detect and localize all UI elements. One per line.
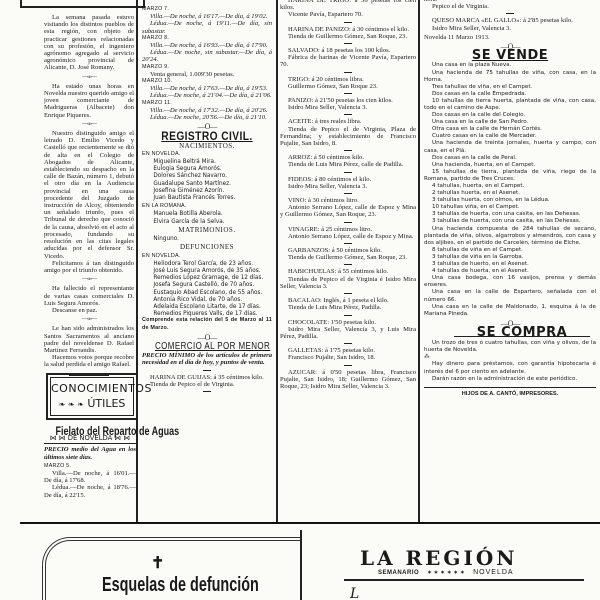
list-item: Una casa en la plaza Nueva. bbox=[424, 62, 596, 69]
item-rule bbox=[344, 343, 352, 344]
place-label: EN NOVELDA. bbox=[142, 151, 272, 158]
water-price-entry: MARZO 11. Villa.—De noche, á 17'32.—De d… bbox=[142, 100, 272, 122]
water-price-entry: MARZO 8. Villa.—De noche, á 16'93.—De dí… bbox=[142, 35, 272, 64]
price-item: HARINA DE TRIGO: á 36 pesetas los cien k… bbox=[280, 0, 416, 19]
list-item: Josefa Segura Castelló, de 70 años. bbox=[142, 281, 266, 288]
conocimientos-title: CONOCIMIENTOS bbox=[51, 382, 133, 395]
list-item: Una hacienda de treinta jornales, huerta… bbox=[424, 140, 596, 154]
item-rule bbox=[344, 172, 352, 173]
column-rule-2 bbox=[276, 0, 278, 522]
script-initial: L bbox=[350, 586, 359, 600]
fielato-date: MARZO 5. bbox=[44, 463, 136, 470]
registro-civil-title: REGISTRO CIVIL. bbox=[152, 133, 263, 140]
list-item: Una casa en la calle de Maldonado, 1, es… bbox=[424, 304, 596, 318]
price-item: TRIGO: á 20 céntimos libra. Guillermo Gó… bbox=[280, 76, 416, 90]
item-rule bbox=[506, 13, 514, 14]
se-compra-text: Un trozo de tres ó cuatro tahullas, con … bbox=[424, 340, 596, 354]
se-compra-title: SE COMPRA bbox=[454, 329, 590, 337]
bottom-section-rule bbox=[20, 522, 600, 524]
list-item: Heliodora Terol García, de 23 años. bbox=[142, 260, 266, 267]
product-place: Tienda de Pepico el de Virginia. bbox=[142, 381, 272, 388]
defunciones-heading: DEFUNCIONES bbox=[142, 244, 272, 251]
column-rule-3 bbox=[418, 0, 420, 522]
list-item: Antonia Rico Vidal, de 70 años. bbox=[142, 296, 266, 303]
header-box-remnant bbox=[20, 0, 145, 8]
price-item: CHOCOLATE: 1'50 pesetas kilo. Isidro Mir… bbox=[280, 319, 416, 341]
list-item: Juan Bautista Francés Torres. bbox=[142, 194, 266, 201]
list-item: Dolores Sánchez Navarro. bbox=[142, 172, 266, 179]
list-item: 3 tahullas de huerta, con una casita, en… bbox=[424, 211, 596, 218]
price-item: GARBANZOS: á 50 céntimos kilo. Tienda de… bbox=[280, 247, 416, 261]
loan-notice: Hay dinero para préstamos, con garantía … bbox=[424, 361, 596, 375]
column-registro: MARZO 7. Villa.—De noche, á 16'17.—De dí… bbox=[142, 6, 272, 395]
comercio-title: COMERCIO AL POR MENOR bbox=[155, 343, 259, 350]
fielato-villa: Villa.—De noche, á 16'01.—De día, á 17'6… bbox=[44, 470, 136, 484]
continued-place: Pepico el de Virginia. bbox=[424, 3, 596, 10]
masthead-subtitle: SEMANARIO ✶ ✶ ✶ ✶ ✶ ✶ NOVELDA bbox=[378, 569, 514, 576]
item-rule bbox=[344, 243, 352, 244]
births-novelda-list: Miguelina Beltrá Mira. Eulogia Segura Am… bbox=[142, 158, 272, 201]
queso-item: QUESO MARCA «EL GALLO»: á 2'85 pesetas k… bbox=[424, 17, 596, 24]
masthead-rule bbox=[344, 579, 584, 581]
list-item: Josefina Giménez Azorín. bbox=[142, 187, 266, 194]
fielato-ledua: Lédua.—De noche, á 18'76.—De día, á 22'1… bbox=[44, 484, 136, 498]
item-rule bbox=[344, 150, 352, 151]
list-item: Una casa bodega, con 16 vasijos, prensa … bbox=[424, 275, 596, 289]
births-romana-list: Manuela Botilla Aberola. Elvira García d… bbox=[142, 210, 272, 224]
water-price-entry: MARZO 9. Venta general, 1.009'30 pesetas… bbox=[142, 64, 272, 78]
list-item: Eustaquio Abad Escolano, de 55 años. bbox=[142, 289, 266, 296]
list-item: Cuatro casas en la calle de Mercader. bbox=[424, 133, 596, 140]
list-item: Una hacienda, huerta, en el Campet. bbox=[424, 162, 596, 169]
item-rule bbox=[344, 72, 352, 73]
news-item: Ha fallecido el representante de varias … bbox=[44, 285, 134, 307]
printer-credit: HIJOS DE A. CANTÓ, IMPRESORES. bbox=[424, 387, 596, 398]
place-label: EN LA ROMANA. bbox=[142, 203, 272, 210]
price-item: AZUCAR: á 0'50 pesetas libra, Francisco … bbox=[280, 369, 416, 391]
registro-note: Comprende esta relación del 5 de Marzo a… bbox=[142, 317, 272, 331]
list-item: 3 tahullas de viña en la Garroba. bbox=[424, 254, 596, 261]
news-item: Felicitamos á tan distinguido amigo por … bbox=[44, 260, 134, 274]
la-region-masthead: LA REGIÓN SEMANARIO ✶ ✶ ✶ ✶ ✶ ✶ NOVELDA … bbox=[300, 526, 600, 600]
list-item: Eulogia Segura Amorós. bbox=[142, 165, 266, 172]
item-rule bbox=[344, 93, 352, 94]
item-rule bbox=[344, 222, 352, 223]
column-classifieds: hora. Pepico el de Virginia. QUESO MARCA… bbox=[424, 0, 596, 398]
se-vende-list: Una casa en la plaza Nueva. Una hacienda… bbox=[424, 62, 596, 317]
item-rule bbox=[344, 365, 352, 366]
list-item: Remedios López Gramage, de 12 días. bbox=[142, 274, 266, 281]
item-rule bbox=[344, 22, 352, 23]
star-ornament-icon: ✶ ✶ ✶ ✶ ✶ ✶ bbox=[427, 570, 465, 576]
place-label: EN NOVELDA. bbox=[142, 253, 272, 260]
item-rule bbox=[344, 315, 352, 316]
section-divider: —O— bbox=[142, 334, 272, 341]
list-item: Dos casas en la calle de Peral. bbox=[424, 155, 596, 162]
list-item: Tres tahullas de viña, en el Campet. bbox=[424, 84, 596, 91]
price-item: ACEITE: á tres reales libra. Tienda de P… bbox=[280, 118, 416, 147]
price-item: FIDEOS: á 80 céntimos el kilo. Isidro Mi… bbox=[280, 176, 416, 190]
item-rule bbox=[203, 391, 211, 392]
list-item: Una hacienda de 75 tahullas de viña, con… bbox=[424, 70, 596, 84]
deaths-list: Heliodora Terol García, de 23 años. José… bbox=[142, 260, 272, 318]
info-notice: Darán razón en la administración de este… bbox=[424, 376, 596, 383]
list-item: 3 tahullas de huerta, con una casita, en… bbox=[424, 218, 596, 225]
product-line: HARINA DE GUIJAS: á 35 céntimos kilo. bbox=[142, 374, 272, 381]
ornament-separator: —«»— bbox=[44, 316, 134, 323]
list-item: Otra casa en la calle de Hernán Cortés. bbox=[424, 126, 596, 133]
item-rule bbox=[344, 43, 352, 44]
fielato-section: Fielato del Reparto de Aguas ⋈ ⋈ DE NOVE… bbox=[44, 424, 136, 499]
news-item: La semana pasada estuvo visitando los di… bbox=[44, 14, 134, 72]
item-rule bbox=[344, 293, 352, 294]
utiles-title: ❧ ❧ ❧ ÚTILES bbox=[51, 397, 133, 410]
column-rule-1 bbox=[136, 0, 138, 522]
column-prices: HARINA DE TRIGO: á 36 pesetas los cien k… bbox=[280, 0, 416, 390]
matrimonios-heading: MATRIMONIOS. bbox=[142, 227, 272, 234]
list-item: 3 tahullas de huerto, en el Asenet. bbox=[424, 261, 596, 268]
list-item: Adelaida Escolano Litarte, de 17 días. bbox=[142, 303, 266, 310]
ornament-separator: —«»— bbox=[44, 276, 134, 283]
item-rule bbox=[344, 193, 352, 194]
price-item: VINAGRE: á 25 céntimos litro. Antonio Se… bbox=[280, 226, 416, 240]
list-item: 4 tahullas, huerta, en el Campet. bbox=[424, 183, 596, 190]
list-item: 10 tahullas de tierra huerta, plantada d… bbox=[424, 98, 596, 112]
news-item: Le han sido administrados los Santos Sac… bbox=[44, 325, 134, 354]
list-item: Una hacienda compuesta de 284 tahullas d… bbox=[424, 226, 596, 247]
price-item: VINO: á 30 céntimos litro. Antonio Serra… bbox=[280, 197, 416, 219]
masthead-title: LA REGIÓN bbox=[360, 546, 518, 570]
esquelas-title: Esquelas de defunción bbox=[102, 574, 259, 597]
price-item: HABICHUELAS: á 55 céntimos kilo. Tiendas… bbox=[280, 268, 416, 290]
list-item: 10 tahullas viña, en el Campet. bbox=[424, 204, 596, 211]
news-item: Descanse en paz. bbox=[44, 307, 134, 314]
list-item: José Luis Segura Amorós, de 35 años. bbox=[142, 267, 266, 274]
item-rule bbox=[203, 370, 211, 371]
list-item: 8 tahullas de viña en el Campet. bbox=[424, 247, 596, 254]
list-item: Manuela Botilla Aberola. bbox=[142, 210, 266, 217]
matrimonios-value: Ninguno. bbox=[142, 235, 266, 242]
list-item: 15 tahullas de tierra, plantada de viña,… bbox=[424, 169, 596, 183]
item-rule bbox=[344, 114, 352, 115]
se-compra-section: Un trozo de tres ó cuatro tahullas, con … bbox=[424, 340, 596, 383]
water-price-entry: MARZO 10. Villa.—De noche, á 17'63.—De d… bbox=[142, 78, 272, 100]
se-vende-title: SE VENDE bbox=[424, 52, 596, 59]
price-item: SALVADO: á 18 pesetas los 100 kilos. Fáb… bbox=[280, 47, 416, 69]
news-item: Ha estado unas horas en Novelda nuestro … bbox=[44, 83, 134, 119]
list-item: Remedios Piqueres Valls, de 17 días. bbox=[142, 310, 266, 317]
price-item: ARROZ: á 50 céntimos kilo. Tienda de Lui… bbox=[280, 154, 416, 168]
list-item: Dos casas en la calle Empedrada. bbox=[424, 91, 596, 98]
column-local-news: La semana pasada estuvo visitando los di… bbox=[44, 14, 134, 379]
list-item: Dos casas en la calle del Colegio. bbox=[424, 112, 596, 119]
list-item: 3 tahullas huerta, con olmos, en la Lédu… bbox=[424, 197, 596, 204]
fielato-intro: PRECIO medio del Agua en los últimos sie… bbox=[44, 446, 136, 460]
water-price-entry: MARZO 7. Villa.—De noche, á 16'17.—De dí… bbox=[142, 6, 272, 35]
price-item: PANIZO: á 21'50 pesetas los cien kilos. … bbox=[280, 97, 416, 111]
list-item: Una casa en la calle de Espartero, señal… bbox=[424, 289, 596, 303]
list-item: Guadalupe Santo Martínez. bbox=[142, 180, 266, 187]
esquelas-ad: ✝ Esquelas de defunción bbox=[42, 537, 300, 600]
price-item: HARINA DE PANIZO: á 30 céntimos el kilo.… bbox=[280, 26, 416, 40]
list-item: Elvira García de la Selva. bbox=[142, 218, 266, 225]
list-item: Miguelina Beltrá Mira. bbox=[142, 158, 266, 165]
dateline: Novelda 11 Marzo 1913. bbox=[424, 34, 596, 41]
nacimientos-heading: NACIMIENTOS. bbox=[142, 143, 272, 150]
ornament-separator: —«»— bbox=[44, 121, 134, 128]
news-item: Nuestro distinguido amigo el letrado D. … bbox=[44, 130, 134, 260]
fielato-title: Fielato del Reparto de Aguas bbox=[56, 428, 125, 435]
price-item: GALLETAS: á 1'75 pesetas kilo. Francisco… bbox=[280, 347, 416, 361]
comercio-intro: PRECIO MÍNIMO de los artículos de primer… bbox=[142, 352, 272, 366]
queso-place: Isidro Mira Seller, Valencia 3. bbox=[424, 25, 596, 32]
ornament-separator: —«»— bbox=[44, 74, 134, 81]
cross-icon: ✝ bbox=[151, 553, 164, 573]
price-item: BACALAO: Inglés, á 1 peseta el kilo. Tie… bbox=[280, 297, 416, 311]
conocimientos-utiles-box: CONOCIMIENTOS ❧ ❧ ❧ ÚTILES bbox=[46, 373, 138, 420]
feather-ornament-icon: ❧ ❧ ❧ bbox=[59, 400, 84, 409]
news-item: Hacemos votos porque recobre la salud pe… bbox=[44, 354, 134, 368]
newspaper-page: La semana pasada estuvo visitando los di… bbox=[0, 0, 600, 600]
item-rule bbox=[344, 264, 352, 265]
